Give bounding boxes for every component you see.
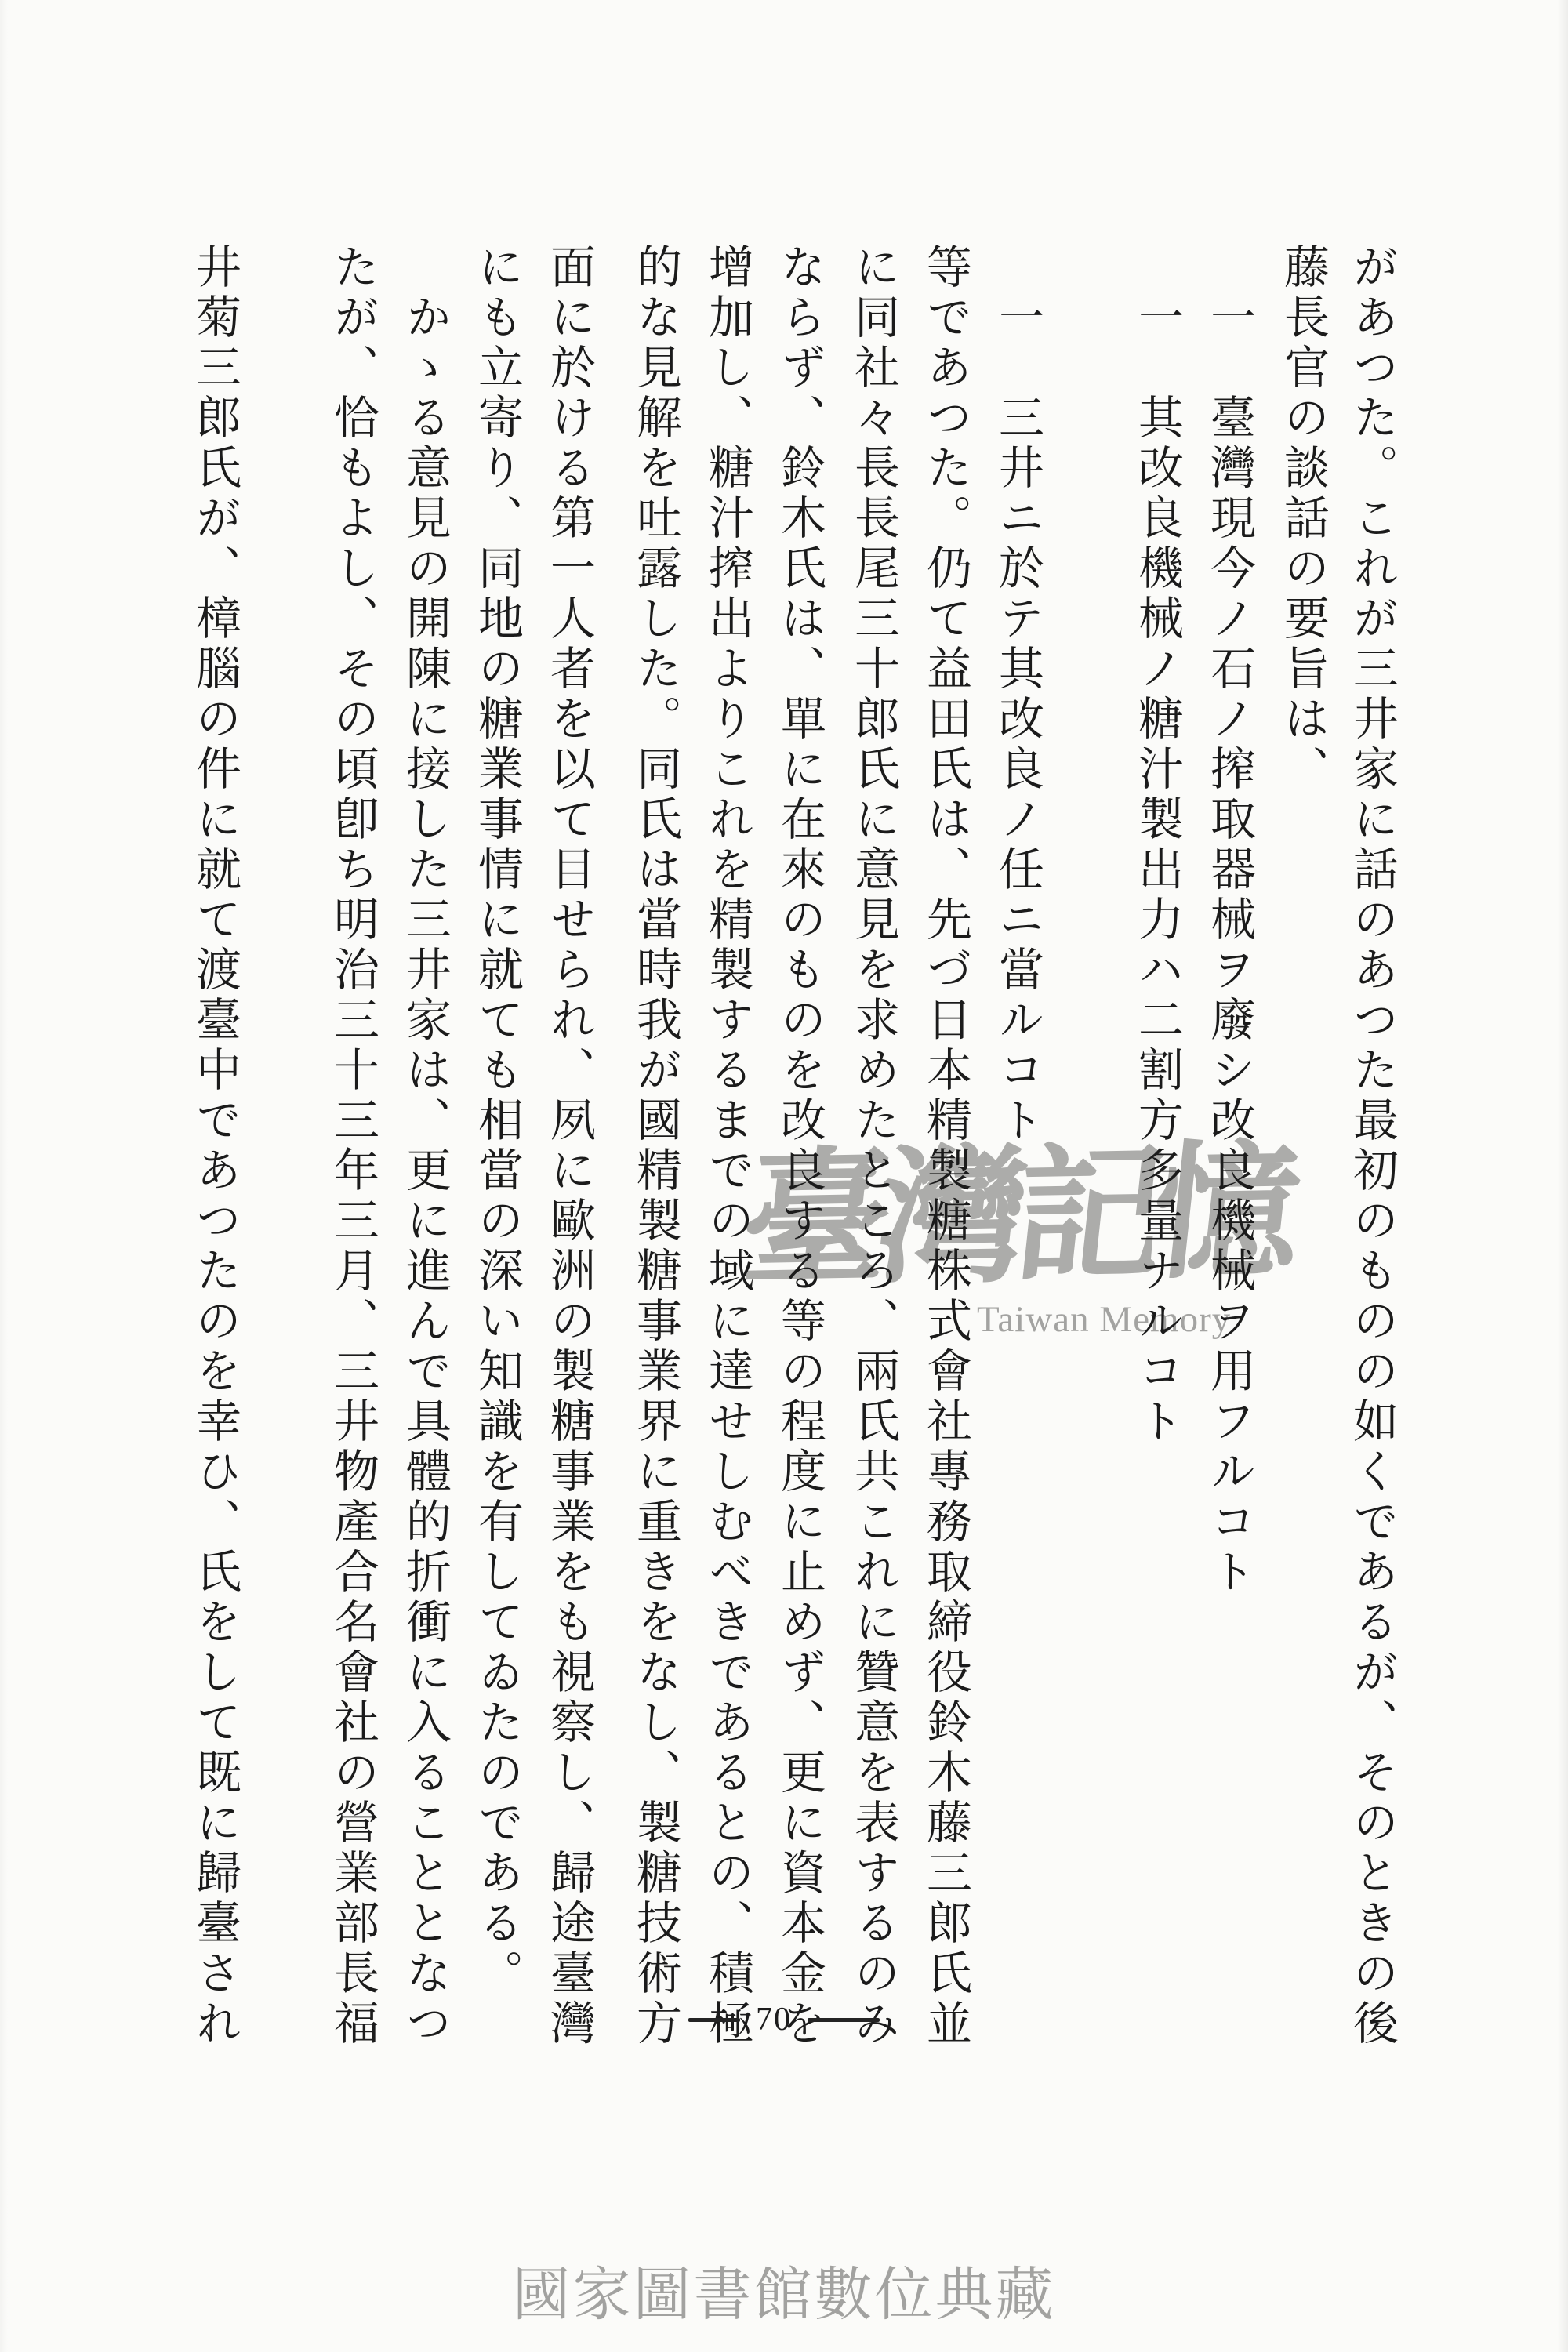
text-column-4-list-item: 一 其改良機械ノ糖汁製出力ハ二割方多量ナルコト — [1131, 293, 1182, 2175]
text-column-1: があつた。これが三井家に話のあつた最初のものの如くであるが、そのときの後 — [1345, 243, 1397, 2125]
text-column-12: にも立寄り、同地の糖業事情に就ても相當の深い知識を有してゐたのである。 — [470, 243, 522, 2125]
text-column-3-list-item: 一 臺灣現今ノ石ノ搾取器械ヲ廢シ改良機械ヲ用フルコト — [1203, 293, 1254, 2175]
scanned-page: 臺灣記憶 Taiwan Memory があつた。これが三井家に話のあつた最初のも… — [0, 0, 1568, 2352]
text-column-2: 藤長官の談話の要旨は、 — [1276, 243, 1328, 2125]
page-number-left-dash — [688, 2018, 740, 2022]
text-column-15: 井菊三郎氏が、樟腦の件に就て渡臺中であつたのを幸ひ、氏をして既に歸臺され — [188, 243, 240, 2125]
text-column-14: たが、恰もよし、その頃卽ち明治三十三年三月、三井物產合名會社の營業部長福 — [326, 243, 378, 2125]
text-column-10: 的な見解を吐露した。同氏は當時我が國精製糖事業界に重きをなし、製糖技術方 — [629, 243, 681, 2125]
text-column-5-list-item: 一 三井ニ於テ其改良ノ任ニ當ルコト — [991, 293, 1043, 2175]
text-column-11: 面に於ける第一人者を以て目せられ、夙に歐洲の製糖事業をも視察し、歸途臺灣 — [543, 243, 594, 2125]
text-column-13-paragraph-start: かゝる意見の開陳に接した三井家は、更に進んで具體的折衝に入ることとなつ — [398, 293, 450, 2175]
page-number: 70 — [756, 2001, 792, 2038]
page-number-row: 70 — [0, 2001, 1568, 2038]
national-library-archive-banner: 國家圖書館數位典藏 — [0, 2249, 1568, 2332]
text-column-8: ならず、鈴木氏は、單に在來のものを改良する等の程度に止めず、更に資本金を — [773, 243, 825, 2125]
text-column-6: 等であつた。仍て益田氏は、先づ日本精製糖株式會社專務取締役鈴木藤三郎氏並 — [919, 243, 971, 2125]
page-number-right-dash — [808, 2018, 880, 2022]
text-column-7: に同社々長長尾三十郎氏に意見を求めたところ、兩氏共これに贊意を表するのみ — [847, 243, 898, 2125]
text-column-9: 增加し、糖汁搾出よりこれを精製するまでの域に達せしむべきであるとの、積極 — [701, 243, 753, 2125]
